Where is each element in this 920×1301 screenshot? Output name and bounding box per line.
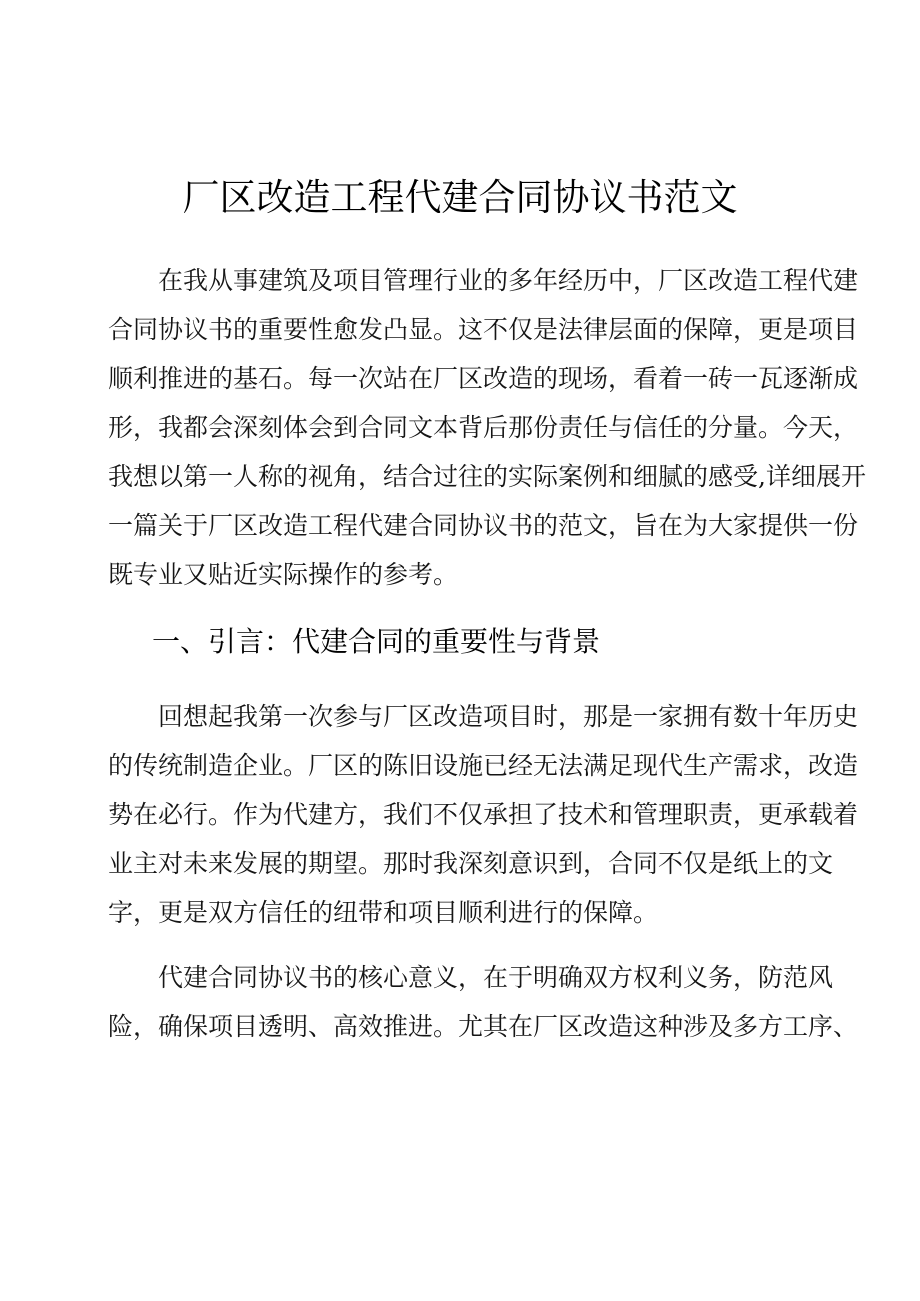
- intro-paragraph: 在我从事建筑及项目管理行业的多年经历中，厂区改造工程代建 合同协议书的重要性愈发…: [108, 256, 808, 599]
- text-line: 的传统制造企业。厂区的陈旧设施已经无法满足现代生产需求，改造: [108, 741, 808, 790]
- text-line: 险，确保项目透明、高效推进。尤其在厂区改造这种涉及多方工序、: [108, 1002, 808, 1051]
- text-line: 字，更是双方信任的纽带和项目顺利进行的保障。: [108, 888, 808, 937]
- document-title: 厂区改造工程代建合同协议书范文: [0, 172, 920, 224]
- text-line: 我想以第一人称的视角，结合过往的实际案例和细腻的感受,详细展开: [108, 452, 808, 501]
- text-line: 一篇关于厂区改造工程代建合同协议书的范文，旨在为大家提供一份: [108, 501, 808, 550]
- section-heading: 一、引言：代建合同的重要性与背景: [152, 618, 600, 666]
- core-meaning-paragraph: 代建合同协议书的核心意义，在于明确双方权利义务，防范风 险，确保项目透明、高效推…: [108, 953, 808, 1051]
- text-line: 合同协议书的重要性愈发凸显。这不仅是法律层面的保障，更是项目: [108, 305, 808, 354]
- text-line: 形，我都会深刻体会到合同文本背后那份责任与信任的分量。今天，: [108, 403, 808, 452]
- text-line: 业主对未来发展的期望。那时我深刻意识到，合同不仅是纸上的文: [108, 839, 808, 888]
- document-page: 厂区改造工程代建合同协议书范文 在我从事建筑及项目管理行业的多年经历中，厂区改造…: [0, 0, 920, 1301]
- text-line: 回想起我第一次参与厂区改造项目时，那是一家拥有数十年历史: [108, 692, 808, 741]
- text-line: 既专业又贴近实际操作的参考。: [108, 550, 808, 599]
- text-line: 顺利推进的基石。每一次站在厂区改造的现场，看着一砖一瓦逐渐成: [108, 354, 808, 403]
- background-paragraph: 回想起我第一次参与厂区改造项目时，那是一家拥有数十年历史 的传统制造企业。厂区的…: [108, 692, 808, 937]
- text-line: 在我从事建筑及项目管理行业的多年经历中，厂区改造工程代建: [108, 256, 808, 305]
- text-line: 势在必行。作为代建方，我们不仅承担了技术和管理职责，更承载着: [108, 790, 808, 839]
- text-line: 代建合同协议书的核心意义，在于明确双方权利义务，防范风: [108, 953, 808, 1002]
